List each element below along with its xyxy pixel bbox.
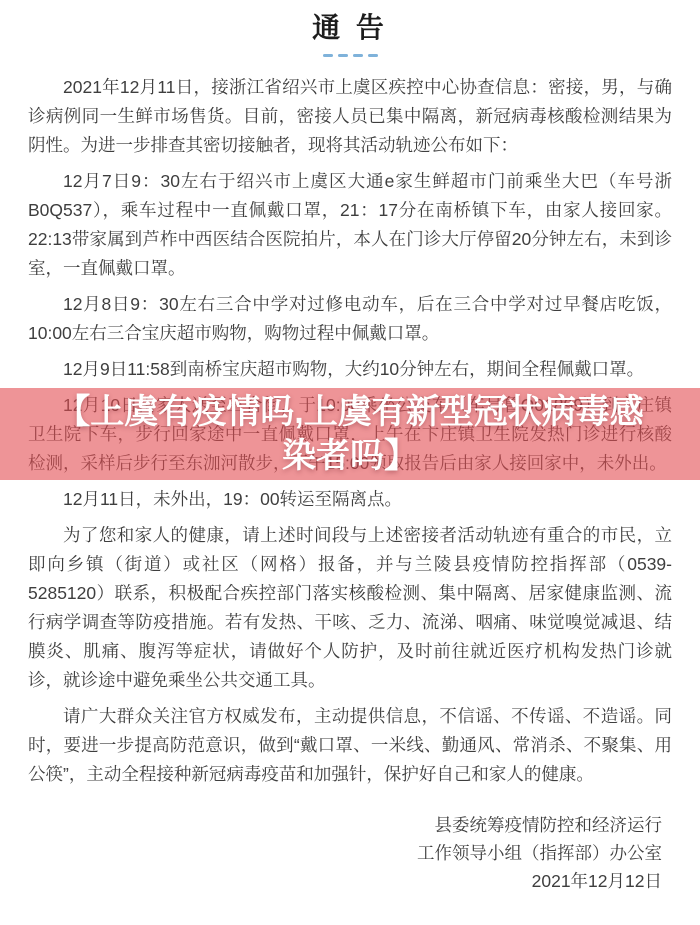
paragraph-dec9: 12月9日11:58到南桥宝庆超市购物，大约10分钟左右，期间全程佩戴口罩。 (28, 355, 672, 384)
overlaid-paragraph-section: 12月10日由家人送至三合街，于10:00乘坐公交车（车号鲁Q01899）到卞庄… (28, 391, 672, 478)
dash-icon (353, 54, 363, 57)
signature-date: 2021年12月12日 (28, 867, 662, 895)
notice-title: 通 告 (28, 8, 672, 48)
signature-org-line2: 工作领导小组（指挥部）办公室 (28, 839, 662, 867)
paragraph-public-appeal: 请广大群众关注官方权威发布，主动提供信息，不信谣、不传谣、不造谣。同时，要进一步… (28, 702, 672, 789)
paragraph-dec11: 12月11日，未外出，19：00转运至隔离点。 (28, 485, 672, 514)
paragraph-dec7: 12月7日9：30左右于绍兴市上虞区大通e家生鲜超市门前乘坐大巴（车号浙B0Q5… (28, 167, 672, 283)
dash-icon (338, 54, 348, 57)
paragraph-dec8: 12月8日9：30左右三合中学对过修电动车，后在三合中学对过早餐店吃饭，10:0… (28, 290, 672, 348)
paragraph-intro: 2021年12月11日，接浙江省绍兴市上虞区疾控中心协查信息：密接，男，与确诊病… (28, 73, 672, 160)
notice-page: 通 告 2021年12月11日，接浙江省绍兴市上虞区疾控中心协查信息：密接，男，… (0, 0, 700, 895)
dash-icon (368, 54, 378, 57)
overlay-headline: 【上虞有疫情吗,上虞有新型冠状病毒感染者吗】 (48, 390, 652, 478)
dash-icon (323, 54, 333, 57)
title-divider-dashes (28, 50, 672, 60)
headline-overlay-band: 【上虞有疫情吗,上虞有新型冠状病毒感染者吗】 (0, 388, 700, 480)
paragraph-advisory: 为了您和家人的健康，请上述时间段与上述密接者活动轨迹有重合的市民，立即向乡镇（街… (28, 521, 672, 695)
signature-block: 县委统筹疫情防控和经济运行 工作领导小组（指挥部）办公室 2021年12月12日 (28, 811, 672, 895)
signature-org-line1: 县委统筹疫情防控和经济运行 (28, 811, 662, 839)
